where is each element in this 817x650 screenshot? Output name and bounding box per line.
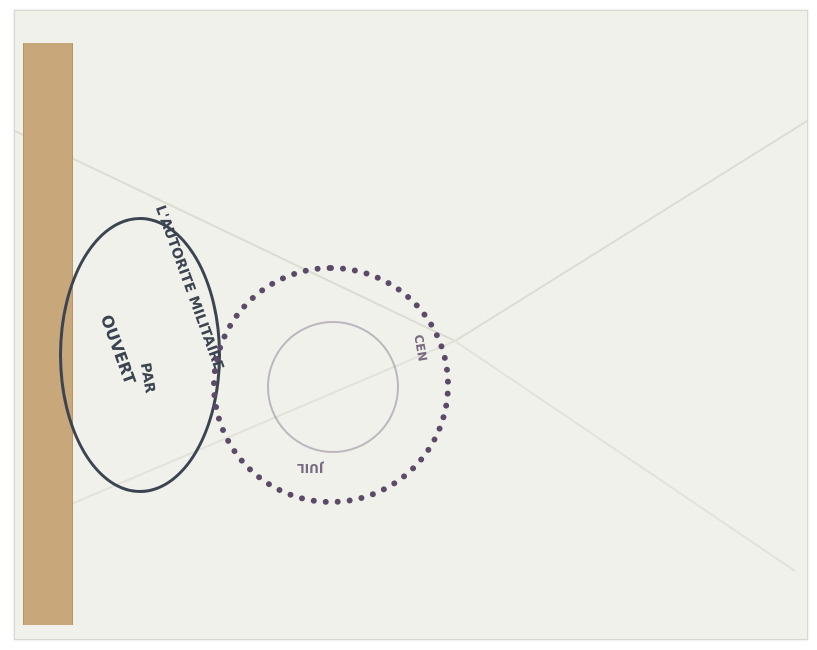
- postmark: CEN JUIL: [211, 265, 451, 505]
- postmark-inner-ring: [267, 321, 399, 453]
- envelope: OUVERT PAR L'AUTORITE MILITAIRE CEN JUIL: [14, 10, 808, 640]
- censor-handstamp: OUVERT PAR L'AUTORITE MILITAIRE: [59, 217, 221, 493]
- postmark-date-fragment: JUIL: [297, 461, 323, 475]
- postmark-fragment: CEN: [411, 333, 429, 362]
- censor-text-par: PAR: [137, 362, 158, 395]
- censor-text-ouvert: OUVERT: [97, 312, 140, 387]
